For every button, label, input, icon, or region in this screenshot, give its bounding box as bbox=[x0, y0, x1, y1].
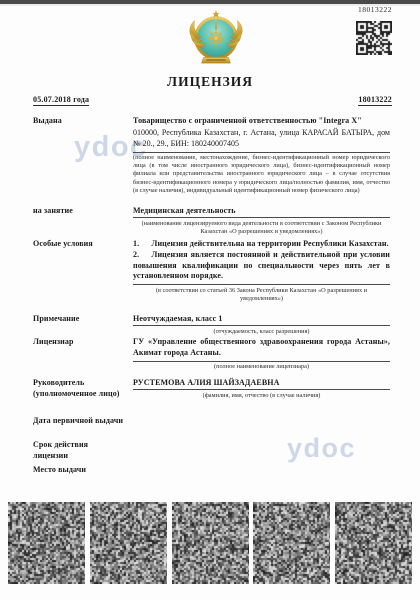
field-caption: (полное наименование, местонахождение, б… bbox=[133, 153, 390, 195]
kazakhstan-emblem-icon bbox=[187, 9, 245, 69]
redacted-block bbox=[90, 502, 167, 584]
field-caption: (полное наименование лицензиара) bbox=[133, 362, 390, 372]
head-name: РУСТЕМОВА АЛИЯ ШАЙЗАДАЕВНА bbox=[133, 378, 390, 390]
redacted-block bbox=[335, 502, 412, 584]
company-address: 010000, Республика Казахстан, г. Астана,… bbox=[133, 128, 390, 153]
field-label: Выдана bbox=[33, 116, 145, 127]
special-condition-2: 2. Лицензия является постоянной и действ… bbox=[133, 250, 390, 282]
redacted-block bbox=[172, 502, 249, 584]
field-issued-to: Выдана Товарищество с ограниченной ответ… bbox=[0, 116, 420, 195]
date-number-row: 05.07.2018 года 18013222 bbox=[33, 95, 392, 106]
redacted-stamp-strip bbox=[8, 502, 412, 584]
field-label: Особые условия bbox=[33, 239, 145, 250]
field-label: Срок действия лицензии bbox=[33, 440, 145, 462]
redacted-block bbox=[253, 502, 330, 584]
ydoc-watermark: ydoc bbox=[287, 433, 356, 464]
redacted-block bbox=[8, 502, 85, 584]
field-caption: (в соответствии со статьей 36 Закона Рес… bbox=[133, 285, 390, 303]
field-licensor: Лицензиар ГУ «Управление общественного з… bbox=[0, 337, 420, 371]
field-special-conditions: Особые условия 1. Лицензия действительна… bbox=[0, 239, 420, 303]
licensor-value: ГУ «Управление общественного здравоохран… bbox=[133, 337, 390, 362]
field-label: Лицензиар bbox=[33, 337, 145, 348]
note-value: Неотчуждаемая, класс 1 bbox=[133, 314, 390, 326]
qr-code-icon bbox=[356, 21, 392, 55]
scan-edge-shadow bbox=[0, 4, 420, 6]
serial-number-top: 18013222 bbox=[358, 5, 392, 14]
issue-date: 05.07.2018 года bbox=[33, 95, 89, 106]
field-caption: (отчуждаемость, класс разрешения) bbox=[133, 326, 390, 336]
field-label: Примечание bbox=[33, 314, 145, 325]
field-caption: (фамилия, имя, отчество (в случае наличи… bbox=[133, 390, 390, 400]
license-document: 18013222 bbox=[0, 0, 420, 600]
company-name: Товарищество с ограниченной ответственно… bbox=[133, 116, 390, 125]
field-label: Место выдачи bbox=[33, 465, 145, 476]
special-condition-1: 1. Лицензия действительна на территории … bbox=[133, 239, 390, 250]
field-activity: на занятие Медицинская деятельность (наи… bbox=[0, 206, 420, 236]
field-label: на занятие bbox=[33, 206, 145, 217]
field-label: Дата первичной выдачи bbox=[33, 416, 145, 427]
activity-value: Медицинская деятельность bbox=[133, 206, 390, 218]
field-note: Примечание Неотчуждаемая, класс 1 (отчуж… bbox=[0, 314, 420, 336]
field-head: Руководитель (уполномоченное лицо) РУСТЕ… bbox=[0, 378, 420, 400]
field-caption: (наименование лицензируемого вида деятел… bbox=[133, 218, 390, 236]
field-label: Руководитель (уполномоченное лицо) bbox=[33, 378, 145, 400]
document-title: ЛИЦЕНЗИЯ bbox=[0, 74, 420, 90]
license-number: 18013222 bbox=[358, 95, 392, 106]
